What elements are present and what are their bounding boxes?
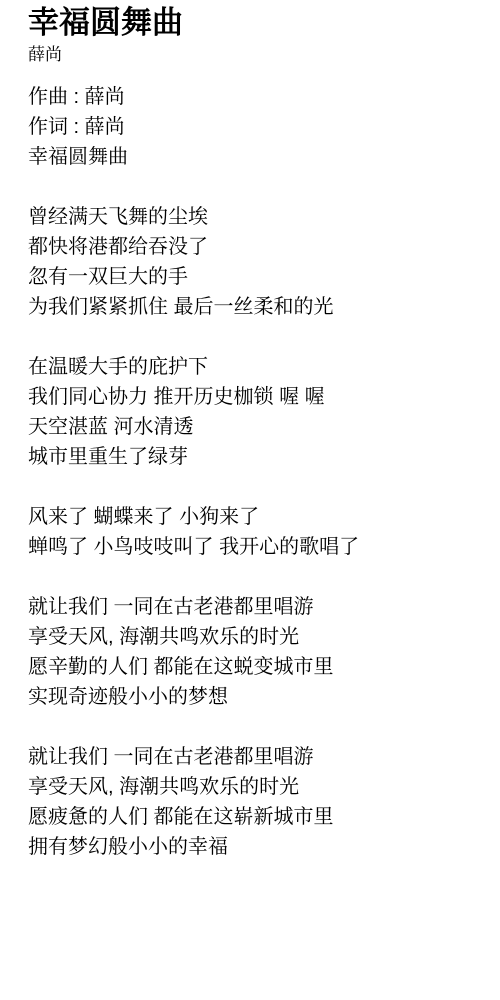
lyric-line: 曾经满天飞舞的尘埃 xyxy=(28,202,480,232)
lyric-line: 就让我们 一同在古老港都里唱游 xyxy=(28,742,480,772)
verse-5: 就让我们 一同在古老港都里唱游 享受天风, 海潮共鸣欢乐的时光 愿疲惫的人们 都… xyxy=(28,742,480,862)
lyric-line: 风来了 蝴蝶来了 小狗来了 xyxy=(28,502,480,532)
verse-2: 在温暖大手的庇护下 我们同心协力 推开历史枷锁 喔 喔 天空湛蓝 河水清透 城市… xyxy=(28,352,480,472)
lyric-line: 实现奇迹般小小的梦想 xyxy=(28,682,480,712)
song-name-line: 幸福圆舞曲 xyxy=(28,142,480,172)
lyric-line: 天空湛蓝 河水清透 xyxy=(28,412,480,442)
lyric-line: 拥有梦幻般小小的幸福 xyxy=(28,832,480,862)
artist-name: 薛尚 xyxy=(28,44,480,66)
verse-3: 风来了 蝴蝶来了 小狗来了 蝉鸣了 小鸟吱吱叫了 我开心的歌唱了 xyxy=(28,502,480,562)
lyric-line: 我们同心协力 推开历史枷锁 喔 喔 xyxy=(28,382,480,412)
song-title: 幸福圆舞曲 xyxy=(28,4,480,42)
lyric-line: 愿疲惫的人们 都能在这崭新城市里 xyxy=(28,802,480,832)
lyric-line: 在温暖大手的庇护下 xyxy=(28,352,480,382)
lyric-line: 城市里重生了绿芽 xyxy=(28,442,480,472)
lyrics-body: 曾经满天飞舞的尘埃 都快将港都给吞没了 忽有一双巨大的手 为我们紧紧抓住 最后一… xyxy=(28,202,480,862)
lyricist-credit: 作词 : 薛尚 xyxy=(28,112,480,142)
composer-credit: 作曲 : 薛尚 xyxy=(28,82,480,112)
lyric-line: 蝉鸣了 小鸟吱吱叫了 我开心的歌唱了 xyxy=(28,532,480,562)
lyric-line: 享受天风, 海潮共鸣欢乐的时光 xyxy=(28,772,480,802)
verse-4: 就让我们 一同在古老港都里唱游 享受天风, 海潮共鸣欢乐的时光 愿辛勤的人们 都… xyxy=(28,592,480,712)
credits-block: 作曲 : 薛尚 作词 : 薛尚 幸福圆舞曲 xyxy=(28,82,480,172)
verse-1: 曾经满天飞舞的尘埃 都快将港都给吞没了 忽有一双巨大的手 为我们紧紧抓住 最后一… xyxy=(28,202,480,322)
lyric-line: 为我们紧紧抓住 最后一丝柔和的光 xyxy=(28,292,480,322)
lyric-line: 忽有一双巨大的手 xyxy=(28,262,480,292)
lyric-line: 就让我们 一同在古老港都里唱游 xyxy=(28,592,480,622)
lyrics-page: 幸福圆舞曲 薛尚 作曲 : 薛尚 作词 : 薛尚 幸福圆舞曲 曾经满天飞舞的尘埃… xyxy=(0,0,500,862)
lyric-line: 享受天风, 海潮共鸣欢乐的时光 xyxy=(28,622,480,652)
lyric-line: 都快将港都给吞没了 xyxy=(28,232,480,262)
lyric-line: 愿辛勤的人们 都能在这蜕变城市里 xyxy=(28,652,480,682)
